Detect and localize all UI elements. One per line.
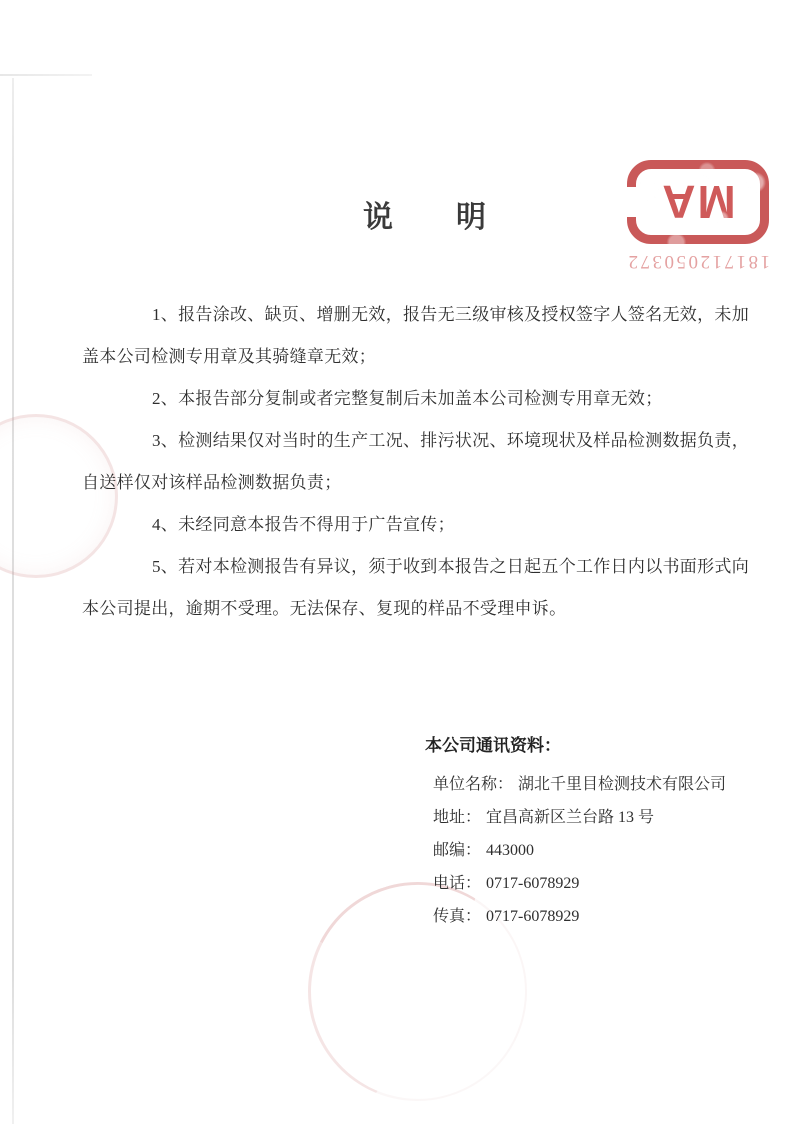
contact-value: 0717-6078929 <box>486 908 579 925</box>
notes-list: 1、报告涂改、缺页、增删无效，报告无三级审核及授权签字人签名无效，未加 盖本公司… <box>82 294 764 630</box>
note-item-1: 1、报告涂改、缺页、增删无效，报告无三级审核及授权签字人签名无效，未加 盖本公司… <box>82 294 764 378</box>
note-item-4: 4、未经同意本报告不得用于广告宣传； <box>82 504 764 546</box>
contact-heading: 本公司通讯资料： <box>425 735 755 756</box>
contact-section: 本公司通讯资料： 单位名称：湖北千里目检测技术有限公司 地址：宜昌高新区兰台路 … <box>425 735 755 933</box>
contact-label: 单位名称： <box>433 776 513 793</box>
contact-row-address: 地址：宜昌高新区兰台路 13 号 <box>425 801 755 834</box>
note-item-2: 2、本报告部分复制或者完整复制后未加盖本公司检测专用章无效； <box>82 378 764 420</box>
cma-stamp: MA 181712050372 <box>612 160 784 272</box>
contact-label: 邮编： <box>433 842 481 859</box>
contact-row-company: 单位名称：湖北千里目检测技术有限公司 <box>425 768 755 801</box>
cma-stamp-letters: MA <box>660 179 736 225</box>
contact-value: 湖北千里目检测技术有限公司 <box>518 776 726 793</box>
note-item-5: 5、若对本检测报告有异议，须于收到本报告之日起五个工作日内以书面形式向 本公司提… <box>82 546 764 630</box>
cma-stamp-number: 181712050372 <box>626 250 770 272</box>
contact-value: 0717-6078929 <box>486 875 579 892</box>
cma-stamp-border-gap <box>625 187 638 217</box>
contact-label: 电话： <box>433 875 481 892</box>
contact-row-postcode: 邮编：443000 <box>425 834 755 867</box>
contact-row-fax: 传真：0717-6078929 <box>425 900 755 933</box>
note-item-3: 3、检测结果仅对当时的生产工况、排污状况、环境现状及样品检测数据负责， 自送样仅… <box>82 420 764 504</box>
cma-stamp-logo: MA <box>627 160 769 244</box>
contact-row-phone: 电话：0717-6078929 <box>425 867 755 900</box>
page-corner-edge <box>0 74 92 76</box>
document-page: 说 明 MA 181712050372 1、报告涂改、缺页、增删无效，报告无三级… <box>0 0 800 1131</box>
contact-label: 传真： <box>433 908 481 925</box>
contact-label: 地址： <box>433 809 481 826</box>
contact-value: 443000 <box>486 842 534 859</box>
contact-value: 宜昌高新区兰台路 13 号 <box>486 809 654 826</box>
page-edge-line <box>12 78 14 1124</box>
